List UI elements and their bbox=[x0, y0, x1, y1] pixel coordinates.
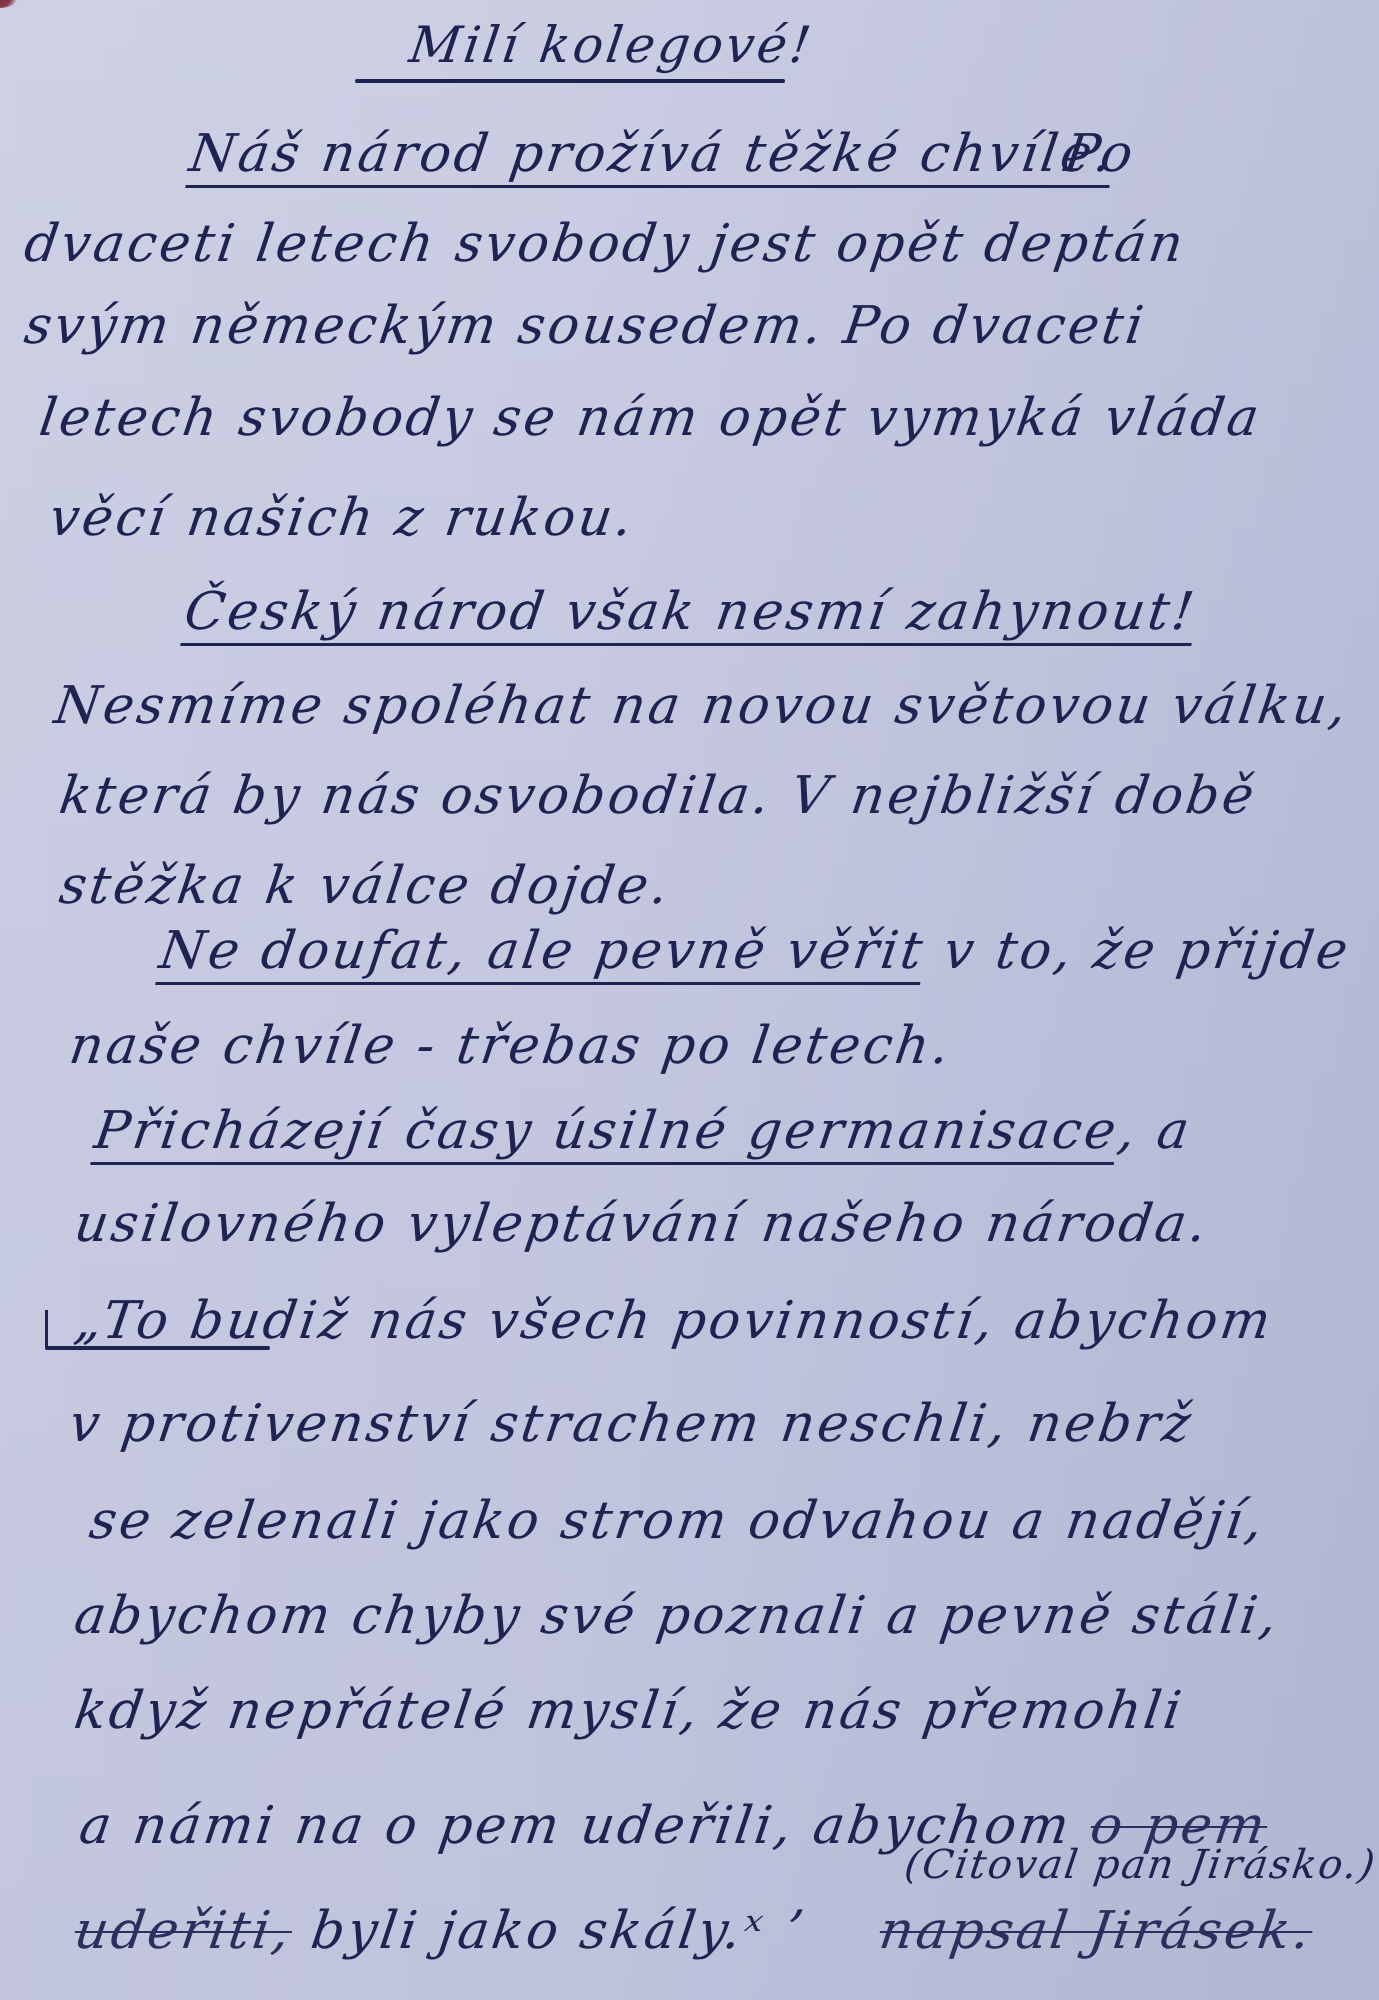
text-line-14: „To budiž nás všech povinností, abychom bbox=[71, 1295, 1276, 1347]
text-line-9: stěžka k válce dojde. bbox=[56, 860, 674, 912]
text-line-12-rest: , a bbox=[1114, 1101, 1195, 1161]
margin-note-citation: (Citoval pan Jirásko.) bbox=[902, 1845, 1379, 1885]
text-line-5: věcí našich z rukou. bbox=[46, 492, 638, 544]
text-line-10-underlined: Ne doufat, ale pevně věřit bbox=[156, 921, 929, 981]
text-line-13: usilovného vyleptávání našeho národa. bbox=[71, 1198, 1212, 1250]
title-underline bbox=[355, 79, 785, 83]
text-line-1-rest: Po bbox=[1061, 128, 1138, 180]
text-line-2: dvaceti letech svobody jest opět deptán bbox=[21, 218, 1189, 270]
quote-mark-tick bbox=[45, 1310, 48, 1348]
text-line-20: udeřiti, byli jako skály.ˣ ʼ bbox=[71, 1905, 807, 1957]
text-line-6-underlined: Český národ však nesmí zahynout! bbox=[181, 586, 1199, 638]
struck-signature: napsal Jirásek. bbox=[876, 1905, 1316, 1957]
text-line-7: Nesmíme spoléhat na novou světovou válku… bbox=[51, 680, 1352, 732]
letter-title: Milí kolegové! bbox=[406, 20, 816, 70]
text-line-20-rest: byli jako skály.ˣ ʼ bbox=[288, 1901, 808, 1961]
text-line-12: Přicházejí časy úsilné germanisace, a bbox=[91, 1105, 1195, 1157]
text-line-1-underlined: Náš národ prožívá těžké chvíle. bbox=[186, 128, 1117, 180]
text-line-11: naše chvíle - třebas po letech. bbox=[66, 1020, 955, 1072]
text-line-10-rest: v to, že přijde bbox=[921, 921, 1355, 981]
text-line-20-struck: udeřiti, bbox=[71, 1901, 297, 1961]
text-line-8: která by nás osvobodila. V nejbližší dob… bbox=[56, 770, 1260, 822]
text-line-12-underlined: Přicházejí časy úsilné germanisace bbox=[91, 1101, 1123, 1161]
text-line-15: v protivenství strachem neschli, nebrž bbox=[66, 1398, 1196, 1450]
text-line-16: se zelenali jako strom odvahou a nadějí, bbox=[86, 1495, 1268, 1547]
text-line-10: Ne doufat, ale pevně věřit v to, že přij… bbox=[156, 925, 1353, 977]
text-line-4: letech svobody se nám opět vymyká vláda bbox=[36, 392, 1265, 444]
text-line-17: abychom chyby své poznali a pevně stáli, bbox=[71, 1590, 1283, 1642]
text-line-18: když nepřátelé myslí, že nás přemohli bbox=[71, 1685, 1187, 1737]
text-line-3: svým německým sousedem. Po dvaceti bbox=[21, 300, 1149, 352]
